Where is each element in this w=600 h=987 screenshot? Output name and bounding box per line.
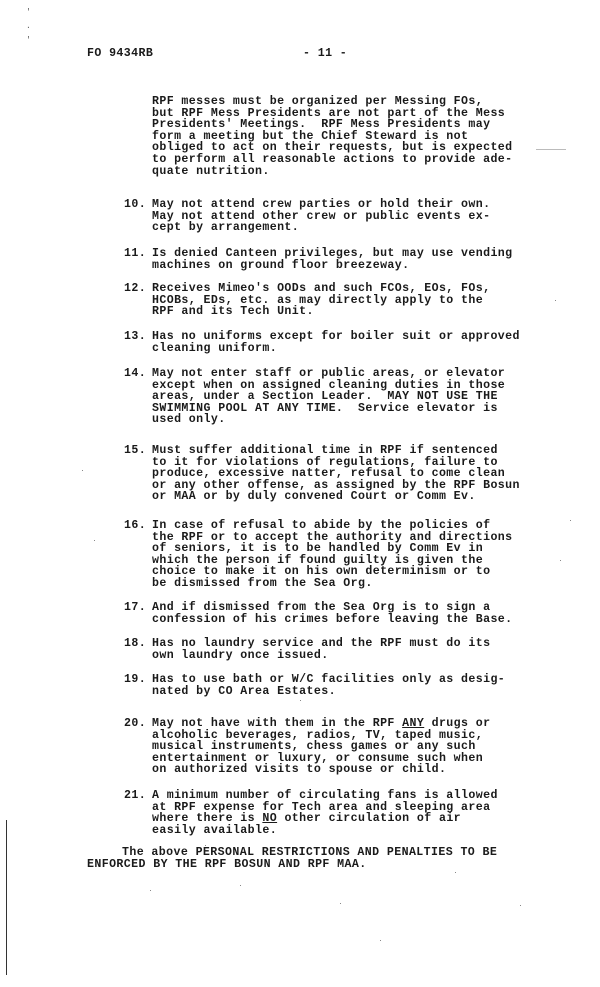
item-text: May not have with them in the RPF ANY dr… <box>152 718 542 776</box>
scan-speck <box>240 885 241 886</box>
scan-speck <box>150 890 151 891</box>
item-number: 13. <box>124 331 150 343</box>
item-line: own laundry once issued. <box>152 650 542 662</box>
item-line: machines on ground floor breezeway. <box>152 260 542 272</box>
item-number: 16. <box>124 520 150 532</box>
intro-paragraph: RPF messes must be organized per Messing… <box>152 96 532 177</box>
item-line: cleaning uniform. <box>152 343 542 355</box>
item-line: be dismissed from the Sea Org. <box>152 578 542 590</box>
item-text: Must suffer additional time in RPF if se… <box>152 445 542 503</box>
item-line: May not enter staff or public areas, or … <box>152 368 542 380</box>
item-number: 14. <box>124 368 150 380</box>
scan-speck <box>570 520 571 521</box>
item-line: Must suffer additional time in RPF if se… <box>152 445 542 457</box>
item-text: In case of refusal to abide by the polic… <box>152 520 542 590</box>
item-text: Has no uniforms except for boiler suit o… <box>152 331 542 354</box>
item-number: 19. <box>124 674 150 686</box>
item-number: 10. <box>124 199 150 211</box>
item-number: 21. <box>124 790 150 802</box>
item-line: nated by CO Area Estates. <box>152 686 542 698</box>
item-text: Receives Mimeo's OODs and such FCOs, EOs… <box>152 283 542 318</box>
closing-line-1: The above PERSONAL RESTRICTIONS AND PENA… <box>87 847 527 859</box>
item-line: A minimum number of circulating fans is … <box>152 790 542 802</box>
page-number: - 11 - <box>303 47 347 60</box>
scan-speck <box>300 700 301 701</box>
item-line: confession of his crimes before leaving … <box>152 614 542 626</box>
scan-speck <box>205 845 206 846</box>
item-text: And if dismissed from the Sea Org is to … <box>152 602 542 625</box>
item-line: used only. <box>152 414 542 426</box>
item-line: Has no laundry service and the RPF must … <box>152 638 542 650</box>
scan-edge-line <box>6 820 7 975</box>
item-line: easily available. <box>152 825 542 837</box>
item-line: Is denied Canteen privileges, but may us… <box>152 248 542 260</box>
item-text: May not attend crew parties or hold thei… <box>152 199 542 234</box>
item-line: Receives Mimeo's OODs and such FCOs, EOs… <box>152 283 542 295</box>
intro-line: RPF messes must be organized per Messing… <box>152 96 532 108</box>
closing-statement: The above PERSONAL RESTRICTIONS AND PENA… <box>87 847 527 870</box>
intro-line: quate nutrition. <box>152 166 532 178</box>
item-line: on authorized visits to spouse or child. <box>152 764 542 776</box>
scan-speck <box>555 300 556 301</box>
item-number: 12. <box>124 283 150 295</box>
item-text: A minimum number of circulating fans is … <box>152 790 542 836</box>
scan-speck <box>560 560 561 561</box>
item-line: May not have with them in the RPF ANY dr… <box>152 718 542 730</box>
item-text: Has to use bath or W/C facilities only a… <box>152 674 542 697</box>
document-id: FO 9434RB <box>87 47 153 60</box>
item-text: Is denied Canteen privileges, but may us… <box>152 248 542 271</box>
scan-speck <box>520 905 521 906</box>
item-number: 11. <box>124 248 150 260</box>
item-line: or MAA or by duly convened Court or Comm… <box>152 491 542 503</box>
margin-mark: ' <box>26 36 31 45</box>
intro-line: to perform all reasonable actions to pro… <box>152 154 532 166</box>
item-line: And if dismissed from the Sea Org is to … <box>152 602 542 614</box>
item-number: 15. <box>124 445 150 457</box>
item-number: 20. <box>124 718 150 730</box>
item-text: Has no laundry service and the RPF must … <box>152 638 542 661</box>
item-text: May not enter staff or public areas, or … <box>152 368 542 426</box>
scan-speck <box>82 470 83 471</box>
document-page: ' . ' FO 9434RB - 11 - RPF messes must b… <box>0 0 600 987</box>
item-line: May not attend crew parties or hold thei… <box>152 199 542 211</box>
item-line: Has to use bath or W/C facilities only a… <box>152 674 542 686</box>
scan-speck <box>340 903 341 904</box>
item-line: cept by arrangement. <box>152 222 542 234</box>
scan-speck <box>455 872 456 873</box>
item-number: 17. <box>124 602 150 614</box>
scan-speck <box>94 540 95 541</box>
scan-speck <box>380 940 381 941</box>
item-line: Has no uniforms except for boiler suit o… <box>152 331 542 343</box>
item-line: In case of refusal to abide by the polic… <box>152 520 542 532</box>
item-line: RPF and its Tech Unit. <box>152 306 542 318</box>
item-number: 18. <box>124 638 150 650</box>
margin-mark: ' <box>26 8 31 17</box>
closing-line-2: ENFORCED BY THE RPF BOSUN AND RPF MAA. <box>87 859 527 871</box>
margin-mark: . <box>26 22 31 31</box>
margin-dash <box>536 149 566 150</box>
